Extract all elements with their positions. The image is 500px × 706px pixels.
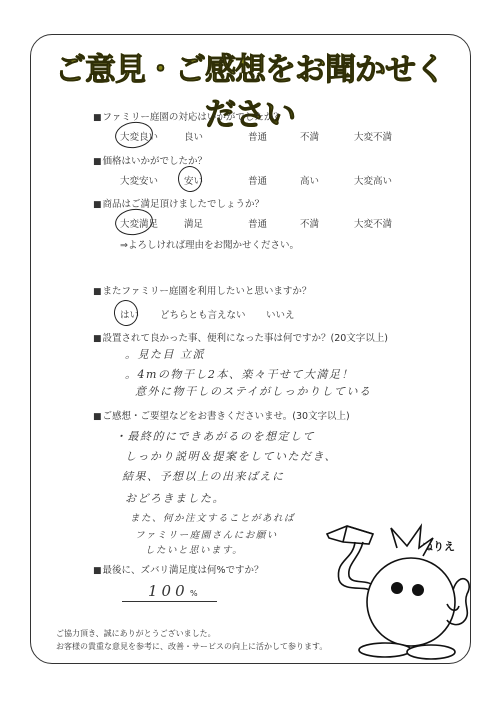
options-satisfaction: 大変満足 満足 普通 不満 大変不満 [120,216,392,230]
comments-answer-line-3: 結果、予想以上の出来ばえに [122,468,285,484]
option-sat-satisfied[interactable]: 満足 [184,216,248,230]
question-reuse: またファミリー庭園を利用したいと思いますか？ [93,283,311,297]
options-service: 大変良い 良い 普通 不満 大変不満 [120,129,392,143]
options-price: 大変安い 安い 普通 高い 大変高い [120,173,392,187]
comments-answer-line-6: ファミリー庭園さんにお願い [135,527,278,541]
comments-answer-line-4: おどろきました。 [125,490,225,506]
option-reuse-yes[interactable]: はい [120,307,160,321]
comments-answer-line-5: また、何か注文することがあれば [130,510,295,524]
percent-unit: % [190,589,198,598]
mascot-illustration [325,520,475,670]
benefits-answer-line-2: 。4mの物干し2本、楽々干せて大満足！ [125,366,354,382]
mascot-left-eye [391,582,403,594]
option-sat-very-dissatisfied[interactable]: 大変不満 [354,216,392,230]
footer-message: お客様の貴重な意見を参考に、改善・サービスの向上に活かして参ります。 [56,641,327,652]
percent-answer: 100 [148,582,189,600]
question-comments: ご感想・ご要望などをお書きくださいませ。(30文字以上) [93,408,350,422]
comments-answer-line-7: したいと思います。 [145,542,243,556]
options-reuse: はい どちらとも言えない いいえ [120,307,295,321]
question-benefits: 設置されて良かった事、便利になった事は何ですか？(20文字以上) [93,330,388,344]
option-service-good[interactable]: 良い [184,129,248,143]
option-service-very-bad[interactable]: 大変不満 [354,129,392,143]
question-overall: 最後に、ズバリ満足度は何%ですか？ [93,562,264,576]
option-price-cheap[interactable]: 安い [184,173,248,187]
option-service-bad[interactable]: 不満 [300,129,354,143]
option-price-very-expensive[interactable]: 大変高い [354,173,392,187]
option-price-very-cheap[interactable]: 大変安い [120,173,184,187]
comments-answer-line-2: しっかり説明＆提案をしていただき、 [125,448,337,464]
question-service: ファミリー庭園の対応はいかがでしたか？ [93,109,283,123]
mascot-right-eye [412,584,424,596]
reason-prompt: ⇒よろしければ理由をお聞かせください。 [120,237,299,251]
footer-thanks: ご協力頂き、誠にありがとうございました。 [56,628,216,639]
option-service-very-good[interactable]: 大変良い [120,129,184,143]
benefits-answer-line-1: 。見た目 立派 [125,346,205,362]
option-service-average[interactable]: 普通 [248,129,300,143]
option-reuse-neutral[interactable]: どちらとも言えない [160,307,266,321]
option-price-expensive[interactable]: 高い [300,173,354,187]
option-sat-dissatisfied[interactable]: 不満 [300,216,354,230]
question-satisfaction: 商品はご満足頂けましたでしょうか？ [93,196,264,210]
comments-answer-line-1: ・最終的にできあがるのを想定して [115,428,315,444]
option-reuse-no[interactable]: いいえ [266,307,295,321]
benefits-answer-line-3: 意外に物干しのステイがしっかりしている [135,383,372,399]
option-sat-average[interactable]: 普通 [248,216,300,230]
option-sat-very-satisfied[interactable]: 大変満足 [120,216,184,230]
option-price-average[interactable]: 普通 [248,173,300,187]
